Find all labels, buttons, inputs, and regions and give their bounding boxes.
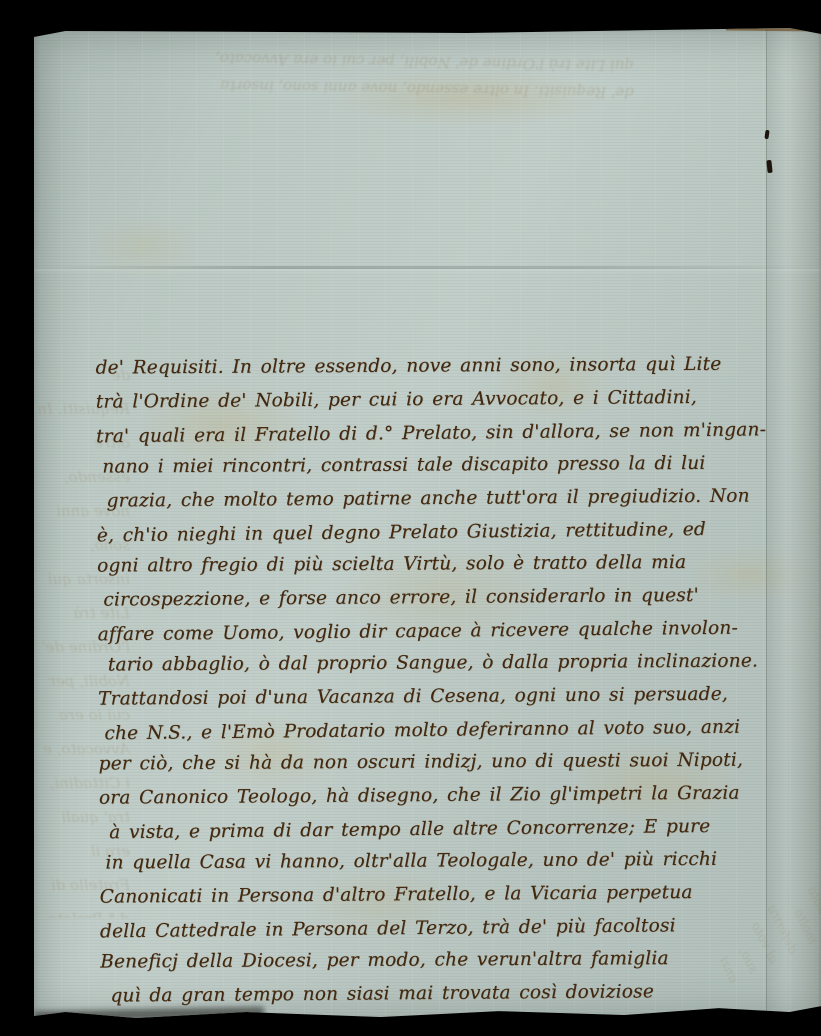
photo-background: de' Requisiti. In oltre essendo, nove an…: [0, 0, 821, 1036]
ink-bleedthrough-top: de' Requisiti. In oltre essendo, nove an…: [204, 38, 635, 105]
bottom-edge-smudge: [34, 1007, 264, 1023]
letter-text: de' Requisiti. In oltre essendo, nove an…: [95, 347, 776, 1012]
letter-line: Canonicati in Persona d'altro Fratello, …: [100, 875, 776, 913]
letter-line: per ciò, che si hà da non oscuri indizj,…: [99, 743, 775, 780]
paper-edge-shadow: [726, 28, 821, 32]
letter-line: ogni altro fregio di più scielta Virtù, …: [97, 545, 773, 582]
ink-speck: [766, 160, 772, 173]
letter-line: trà l'Ordine de' Nobili, per cui io era …: [96, 380, 772, 418]
letter-line: grazia, che molto temo patirne anche tut…: [106, 479, 772, 517]
letter-page: de' Requisiti. In oltre essendo, nove an…: [34, 28, 821, 1022]
letter-line: de' Requisiti. In oltre essendo, nove an…: [95, 347, 771, 384]
letter-line: Beneficj della Diocesi, per modo, che ve…: [100, 941, 776, 978]
letter-line: in quella Casa vi hanno, oltr'alla Teolo…: [105, 842, 775, 879]
letter-line: tario abbaglio, ò dal proprio Sangue, ò …: [108, 644, 774, 681]
horizontal-fold-crease: [34, 266, 821, 269]
letter-line: ora Canonico Teologo, hà disegno, che il…: [99, 776, 775, 814]
letter-line: nano i miei rincontri, contrassi tale di…: [102, 446, 772, 483]
ink-speck: [764, 130, 769, 139]
letter-line: circospezzione, e forse anco errore, il …: [103, 578, 773, 616]
letter-line: Trattandosi poi d'una Vacanza di Cesena,…: [98, 677, 774, 715]
